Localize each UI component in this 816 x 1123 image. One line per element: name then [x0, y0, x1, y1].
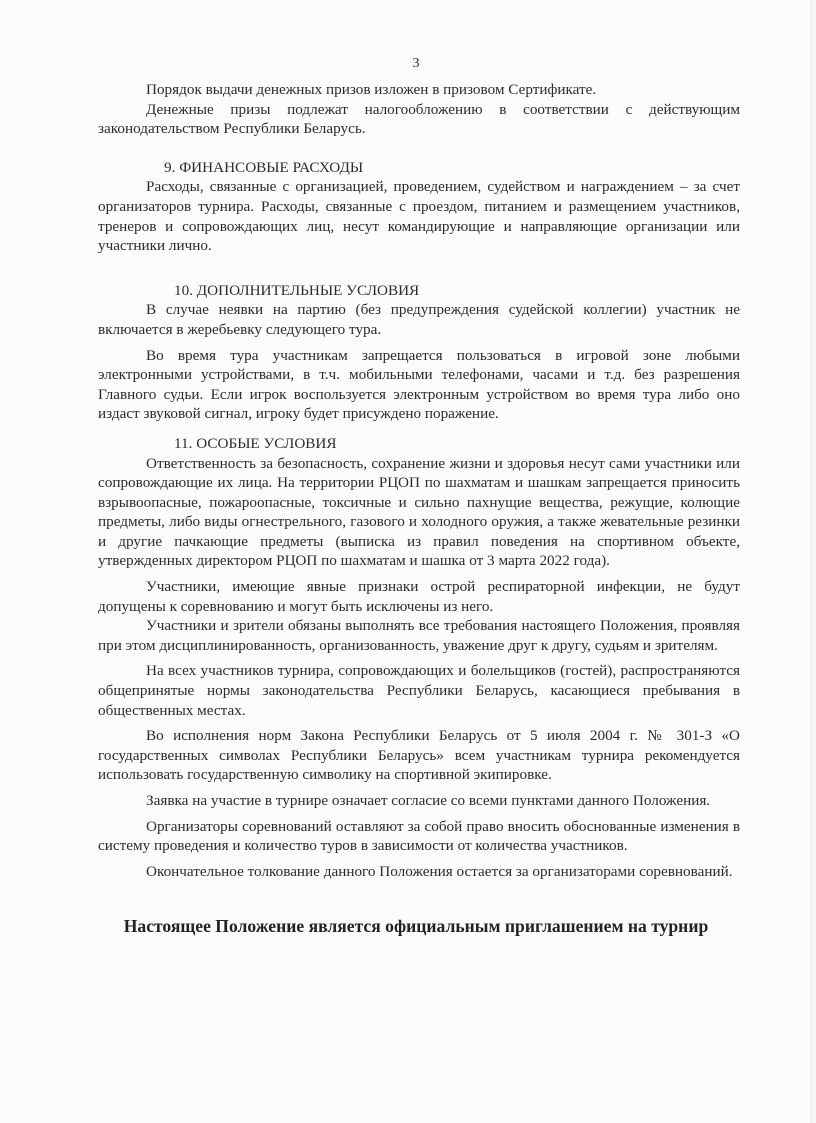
page-number: 3 [0, 56, 816, 72]
spacer [98, 881, 740, 900]
paragraph-safety: Ответственность за безопасность, сохране… [98, 454, 740, 572]
closing-statement: Настоящее Положение является официальным… [92, 915, 740, 937]
section-heading-financial: 9. ФИНАНСОВЫЕ РАСХОДЫ [98, 158, 740, 178]
spacer [98, 424, 740, 434]
paragraph-respiratory: Участники, имеющие явные признаки острой… [98, 577, 740, 616]
document-page: 3 Порядок выдачи денежных призов изложен… [0, 0, 816, 1123]
spacer [98, 139, 740, 158]
spacer [98, 256, 740, 275]
paragraph-prize-order: Порядок выдачи денежных призов изложен в… [98, 80, 740, 100]
paragraph-state-symbols: Во исполнения норм Закона Республики Бел… [98, 726, 740, 785]
paragraph-application-consent: Заявка на участие в турнире означает сог… [98, 791, 740, 811]
paragraph-organizer-rights: Организаторы соревнований оставляют за с… [98, 817, 740, 856]
paragraph-electronic-devices: Во время тура участникам запрещается пол… [98, 346, 740, 424]
spacer [98, 900, 740, 915]
paragraph-final-interpretation: Окончательное толкование данного Положен… [98, 862, 740, 882]
section-heading-additional: 10. ДОПОЛНИТЕЛЬНЫЕ УСЛОВИЯ [98, 281, 740, 301]
document-body: Порядок выдачи денежных призов изложен в… [98, 80, 740, 937]
section-heading-special: 11. ОСОБЫЕ УСЛОВИЯ [98, 434, 740, 454]
paragraph-financial-expenses: Расходы, связанные с организацией, прове… [98, 177, 740, 255]
paragraph-prize-tax: Денежные призы подлежат налогообложению … [98, 100, 740, 139]
paragraph-no-show: В случае неявки на партию (без предупреж… [98, 300, 740, 339]
scan-edge [810, 0, 816, 1123]
paragraph-public-norms: На всех участников турнира, сопровождающ… [98, 661, 740, 720]
paragraph-obligations: Участники и зрители обязаны выполнять вс… [98, 616, 740, 655]
